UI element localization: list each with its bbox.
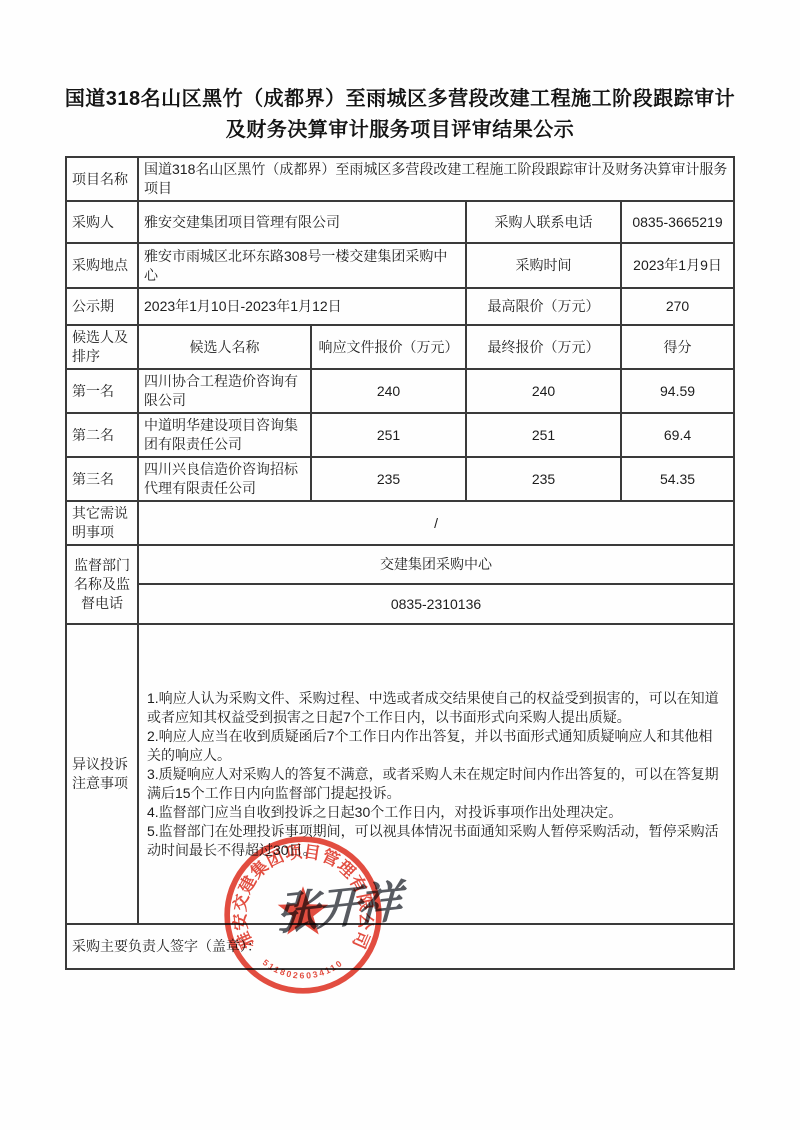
supervision-phone-value: 0835-2310136 [138,584,734,624]
header-bid: 响应文件报价（万元） [311,325,466,369]
row-supervision-name: 监督部门名称及监督电话 交建集团采购中心 [66,545,734,584]
objection-label: 异议投诉注意事项 [66,624,138,924]
row-other-notes: 其它需说明事项 / [66,501,734,545]
objection-item: 4.监督部门应当自收到投诉之日起30个工作日内，对投诉事项作出处理决定。 [147,803,725,822]
candidate-bid: 240 [311,369,466,413]
candidate-name: 四川兴良信造价咨询招标代理有限责任公司 [138,457,311,501]
candidate-score: 69.4 [621,413,734,457]
candidate-rank: 第一名 [66,369,138,413]
row-purchaser: 采购人 雅安交建集团项目管理有限公司 采购人联系电话 0835-3665219 [66,201,734,243]
publicity-value: 2023年1月10日-2023年1月12日 [138,288,466,325]
objection-item: 2.响应人应当在收到质疑函后7个工作日内作出答复，并以书面形式通知质疑响应人和其… [147,727,725,765]
other-notes-value: / [138,501,734,545]
candidate-rank: 第二名 [66,413,138,457]
supervision-label: 监督部门名称及监督电话 [66,545,138,624]
purchaser-value: 雅安交建集团项目管理有限公司 [138,201,466,243]
purchaser-label: 采购人 [66,201,138,243]
time-value: 2023年1月9日 [621,243,734,288]
time-label: 采购时间 [466,243,621,288]
objection-item: 5.监督部门在处理投诉事项期间，可以视具体情况书面通知采购人暂停采购活动，暂停采… [147,822,725,860]
candidate-row: 第二名 中道明华建设项目咨询集团有限责任公司 251 251 69.4 [66,413,734,457]
candidate-score: 94.59 [621,369,734,413]
candidate-name: 中道明华建设项目咨询集团有限责任公司 [138,413,311,457]
candidate-bid: 251 [311,413,466,457]
candidate-final: 240 [466,369,621,413]
location-label: 采购地点 [66,243,138,288]
candidate-final: 235 [466,457,621,501]
candidate-row: 第一名 四川协合工程造价咨询有限公司 240 240 94.59 [66,369,734,413]
max-price-value: 270 [621,288,734,325]
header-name: 候选人名称 [138,325,311,369]
candidate-row: 第三名 四川兴良信造价咨询招标代理有限责任公司 235 235 54.35 [66,457,734,501]
objection-item: 1.响应人认为采购文件、采购过程、中选或者成交结果使自己的权益受到损害的，可以在… [147,689,725,727]
page-title: 国道318名山区黑竹（成都界）至雨城区多营段改建工程施工阶段跟踪审计及财务决算审… [63,84,737,146]
objection-notice-text: 1.响应人认为采购文件、采购过程、中选或者成交结果使自己的权益受到损害的，可以在… [138,624,734,924]
row-supervision-phone: 0835-2310136 [66,584,734,624]
project-name-label: 项目名称 [66,157,138,201]
location-value: 雅安市雨城区北环东路308号一楼交建集团采购中心 [138,243,466,288]
publicity-label: 公示期 [66,288,138,325]
row-project-name: 项目名称 国道318名山区黑竹（成都界）至雨城区多营段改建工程施工阶段跟踪审计及… [66,157,734,201]
supervision-name-value: 交建集团采购中心 [138,545,734,584]
candidates-header-row: 候选人及排序 候选人名称 响应文件报价（万元） 最终报价（万元） 得分 [66,325,734,369]
signature-line-label: 采购主要负责人签字（盖章）： [66,924,734,969]
candidate-bid: 235 [311,457,466,501]
header-score: 得分 [621,325,734,369]
candidate-score: 54.35 [621,457,734,501]
header-rank: 候选人及排序 [66,325,138,369]
objection-item: 3.质疑响应人对采购人的答复不满意，或者采购人未在规定时间内作出答复的，可以在答… [147,765,725,803]
row-location: 采购地点 雅安市雨城区北环东路308号一楼交建集团采购中心 采购时间 2023年… [66,243,734,288]
max-price-label: 最高限价（万元） [466,288,621,325]
row-objection-notice: 异议投诉注意事项 1.响应人认为采购文件、采购过程、中选或者成交结果使自己的权益… [66,624,734,924]
purchaser-phone-label: 采购人联系电话 [466,201,621,243]
document-page: 国道318名山区黑竹（成都界）至雨城区多营段改建工程施工阶段跟踪审计及财务决算审… [0,0,800,1130]
announcement-table: 项目名称 国道318名山区黑竹（成都界）至雨城区多营段改建工程施工阶段跟踪审计及… [65,156,735,970]
candidate-rank: 第三名 [66,457,138,501]
other-notes-label: 其它需说明事项 [66,501,138,545]
row-publicity: 公示期 2023年1月10日-2023年1月12日 最高限价（万元） 270 [66,288,734,325]
purchaser-phone-value: 0835-3665219 [621,201,734,243]
row-signature: 采购主要负责人签字（盖章）： [66,924,734,969]
header-final: 最终报价（万元） [466,325,621,369]
candidate-final: 251 [466,413,621,457]
candidate-name: 四川协合工程造价咨询有限公司 [138,369,311,413]
project-name-value: 国道318名山区黑竹（成都界）至雨城区多营段改建工程施工阶段跟踪审计及财务决算审… [138,157,734,201]
